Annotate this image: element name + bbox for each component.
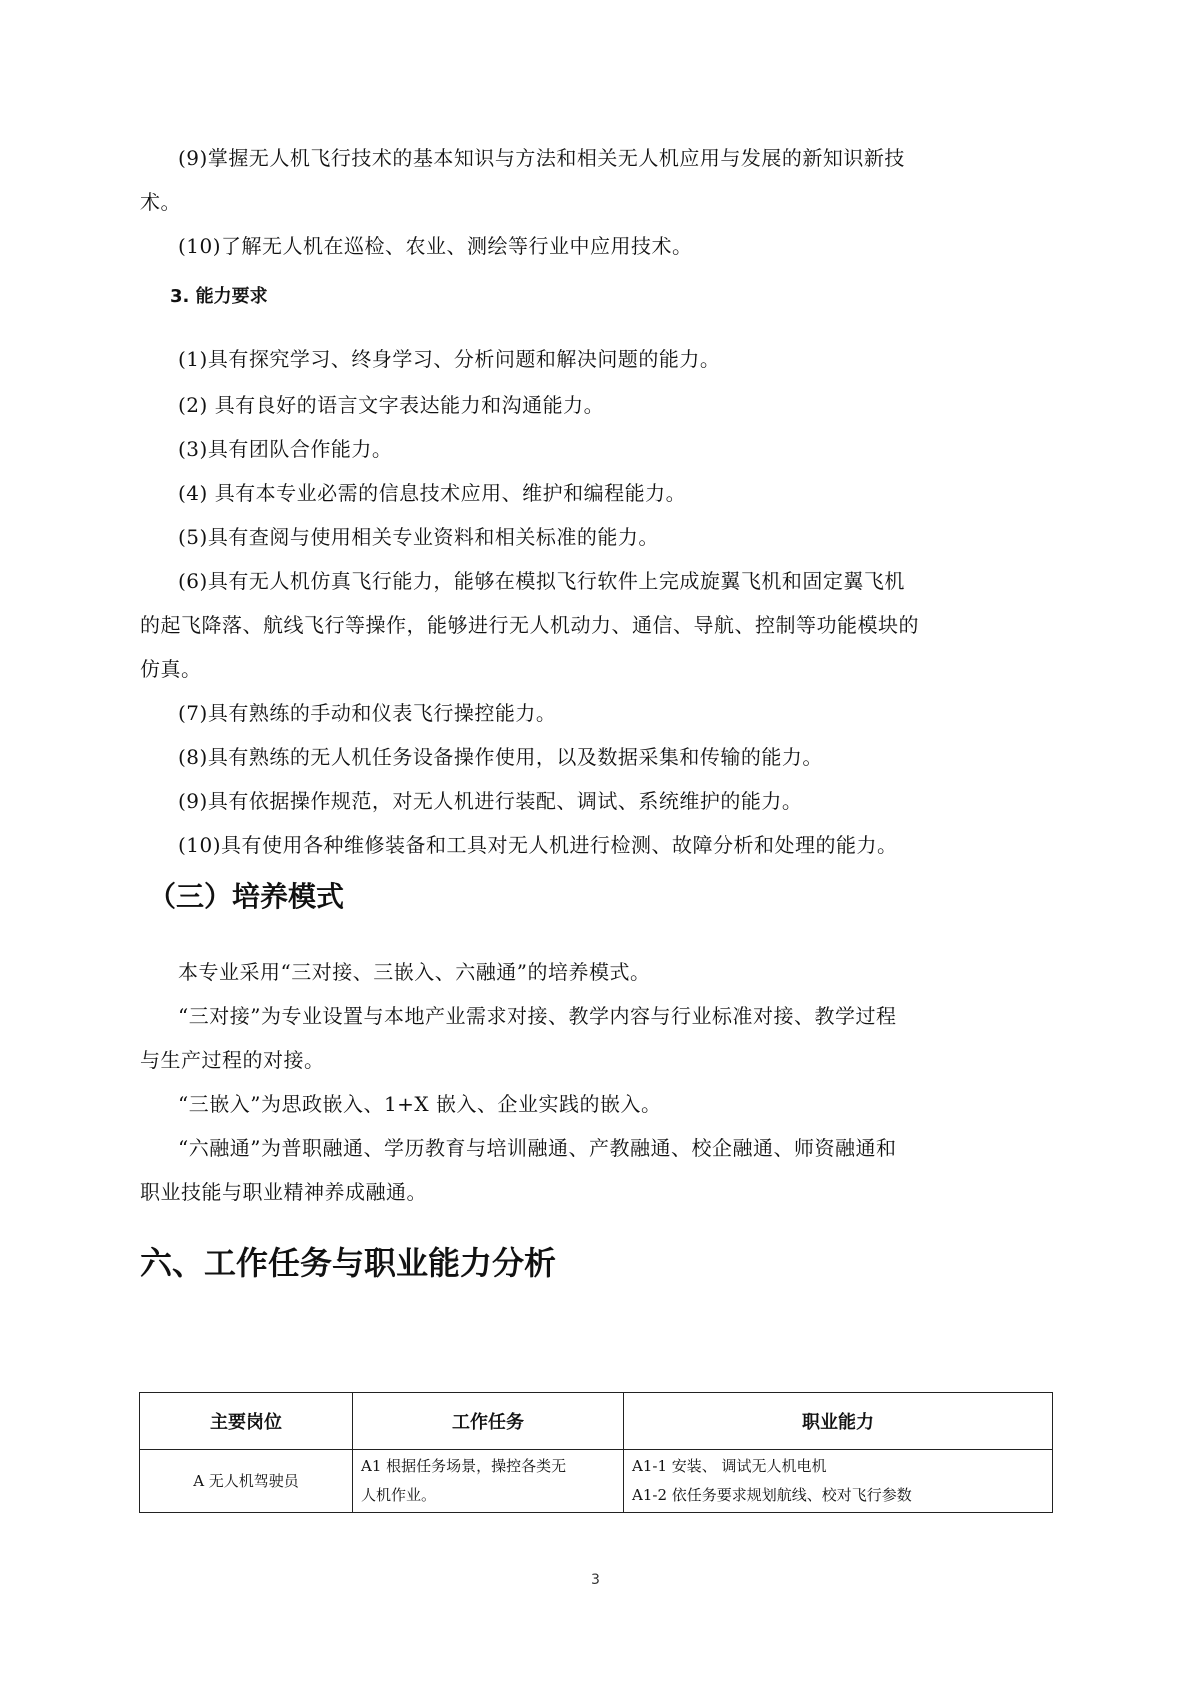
task-line-1: A1 根据任务场景，操控各类无: [361, 1452, 623, 1481]
ability-item-9: (9)具有依据操作规范，对无人机进行装配、调试、系统维护的能力。: [178, 789, 802, 813]
knowledge-item-9-line2: 术。: [140, 190, 181, 214]
header-task: 工作任务: [353, 1393, 624, 1450]
training-mode-line-2: “三对接”为专业设置与本地产业需求对接、教学内容与行业标准对接、教学过程: [178, 1004, 896, 1028]
cell-position: A 无人机驾驶员: [140, 1450, 353, 1513]
ability-item-5: (5)具有查阅与使用相关专业资料和相关标准的能力。: [178, 525, 659, 549]
training-mode-heading: （三）培养模式: [148, 880, 344, 914]
ability-heading: 3. 能力要求: [170, 286, 268, 308]
training-mode-line-1: 本专业采用“三对接、三嵌入、六融通”的培养模式。: [178, 960, 650, 984]
ability-item-4: (4) 具有本专业必需的信息技术应用、维护和编程能力。: [178, 481, 686, 505]
ability-item-6-line2: 的起飞降落、航线飞行等操作，能够进行无人机动力、通信、导航、控制等功能模块的: [140, 613, 919, 637]
training-mode-line-5: “六融通”为普职融通、学历教育与培训融通、产教融通、校企融通、师资融通和: [178, 1136, 896, 1160]
training-mode-line-6: 职业技能与职业精神养成融通。: [140, 1180, 427, 1204]
task-line-2: 人机作业。: [361, 1481, 623, 1510]
header-position: 主要岗位: [140, 1393, 353, 1450]
training-mode-line-3: 与生产过程的对接。: [140, 1048, 325, 1072]
knowledge-item-9-line1: (9)掌握无人机飞行技术的基本知识与方法和相关无人机应用与发展的新知识新技: [178, 146, 905, 170]
ability-item-2: (2) 具有良好的语言文字表达能力和沟通能力。: [178, 393, 604, 417]
ability-item-6-line1: (6)具有无人机仿真飞行能力，能够在模拟飞行软件上完成旋翼飞机和固定翼飞机: [178, 569, 905, 593]
page-number: 3: [0, 1572, 1191, 1588]
ability-line-2: A1-2 依任务要求规划航线、校对飞行参数: [632, 1481, 1052, 1510]
training-mode-line-4: “三嵌入”为思政嵌入、1+X 嵌入、企业实践的嵌入。: [178, 1092, 662, 1116]
ability-item-3: (3)具有团队合作能力。: [178, 437, 392, 461]
ability-item-6-line3: 仿真。: [140, 657, 202, 681]
table-header-row: 主要岗位 工作任务 职业能力: [140, 1393, 1053, 1450]
job-ability-table: 主要岗位 工作任务 职业能力 A 无人机驾驶员 A1 根据任务场景，操控各类无 …: [139, 1392, 1053, 1513]
ability-item-10: (10)具有使用各种维修装备和工具对无人机进行检测、故障分析和处理的能力。: [178, 833, 898, 857]
table-row: A 无人机驾驶员 A1 根据任务场景，操控各类无 人机作业。 A1-1 安装、 …: [140, 1450, 1053, 1513]
cell-task: A1 根据任务场景，操控各类无 人机作业。: [353, 1450, 624, 1513]
cell-ability: A1-1 安装、 调试无人机电机 A1-2 依任务要求规划航线、校对飞行参数: [624, 1450, 1053, 1513]
ability-item-1: (1)具有探究学习、终身学习、分析问题和解决问题的能力。: [178, 347, 720, 371]
ability-line-1: A1-1 安装、 调试无人机电机: [632, 1452, 1052, 1481]
ability-item-7: (7)具有熟练的手动和仪表飞行操控能力。: [178, 701, 556, 725]
knowledge-item-10: (10)了解无人机在巡检、农业、测绘等行业中应用技术。: [178, 234, 693, 258]
ability-item-8: (8)具有熟练的无人机任务设备操作使用，以及数据采集和传输的能力。: [178, 745, 823, 769]
header-ability: 职业能力: [624, 1393, 1053, 1450]
section-6-heading: 六、工作任务与职业能力分析: [140, 1244, 556, 1282]
